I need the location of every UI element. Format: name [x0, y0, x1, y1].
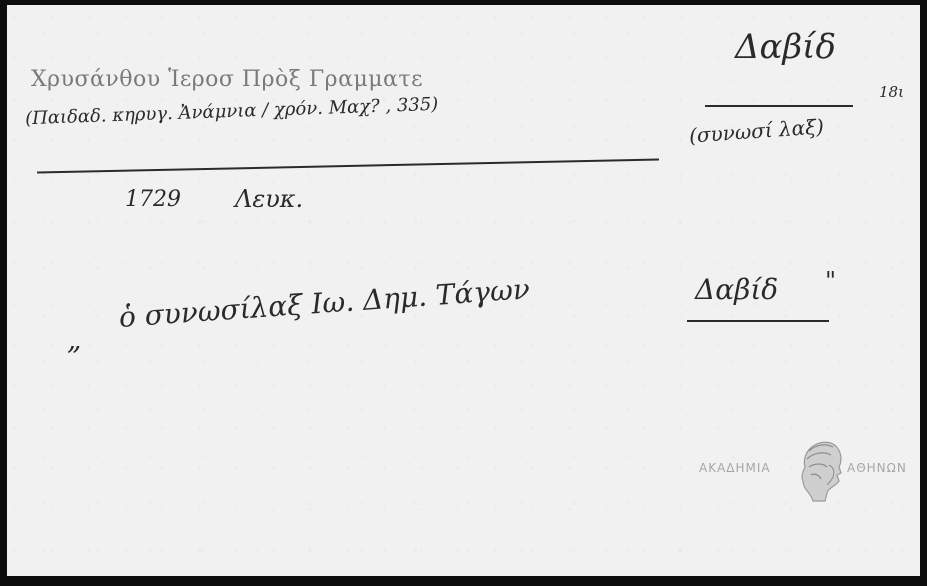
header-divider: [37, 158, 659, 173]
headword-underline: [705, 105, 853, 107]
quote-open-mark: „: [67, 323, 82, 356]
source-reference: (Παιδαδ. κηρυγ. Ἀνάμνια / χρόν. Μαχ? , 3…: [25, 94, 439, 129]
watermark-left-text: ΑΚΑΔΗΜΙΑ: [699, 461, 771, 475]
typed-title-line: Χρυσάνθου Ἱεροσ Πρὸξ Γραμματε: [31, 67, 423, 92]
headword-gloss: (συνωσί λαξ): [688, 114, 824, 147]
page-mark: 18ι: [879, 83, 904, 101]
quote-close-mark: ": [825, 267, 836, 295]
year-text: 1729: [125, 187, 181, 212]
headword: Δαβίδ: [735, 27, 836, 67]
index-card: Χρυσάνθου Ἱεροσ Πρὸξ Γραμματε (Παιδαδ. κ…: [7, 5, 920, 576]
quote-text: ὁ συνωσίλαξ Ιω. Δημ. Τάγων: [118, 272, 531, 334]
quote-term-underline: [687, 320, 829, 322]
quote-term: Δαβίδ: [695, 273, 778, 306]
watermark-right-text: ΑΘΗΝΩΝ: [847, 461, 907, 475]
place-text: Λευκ.: [235, 185, 303, 213]
athena-head-icon: [795, 437, 847, 503]
